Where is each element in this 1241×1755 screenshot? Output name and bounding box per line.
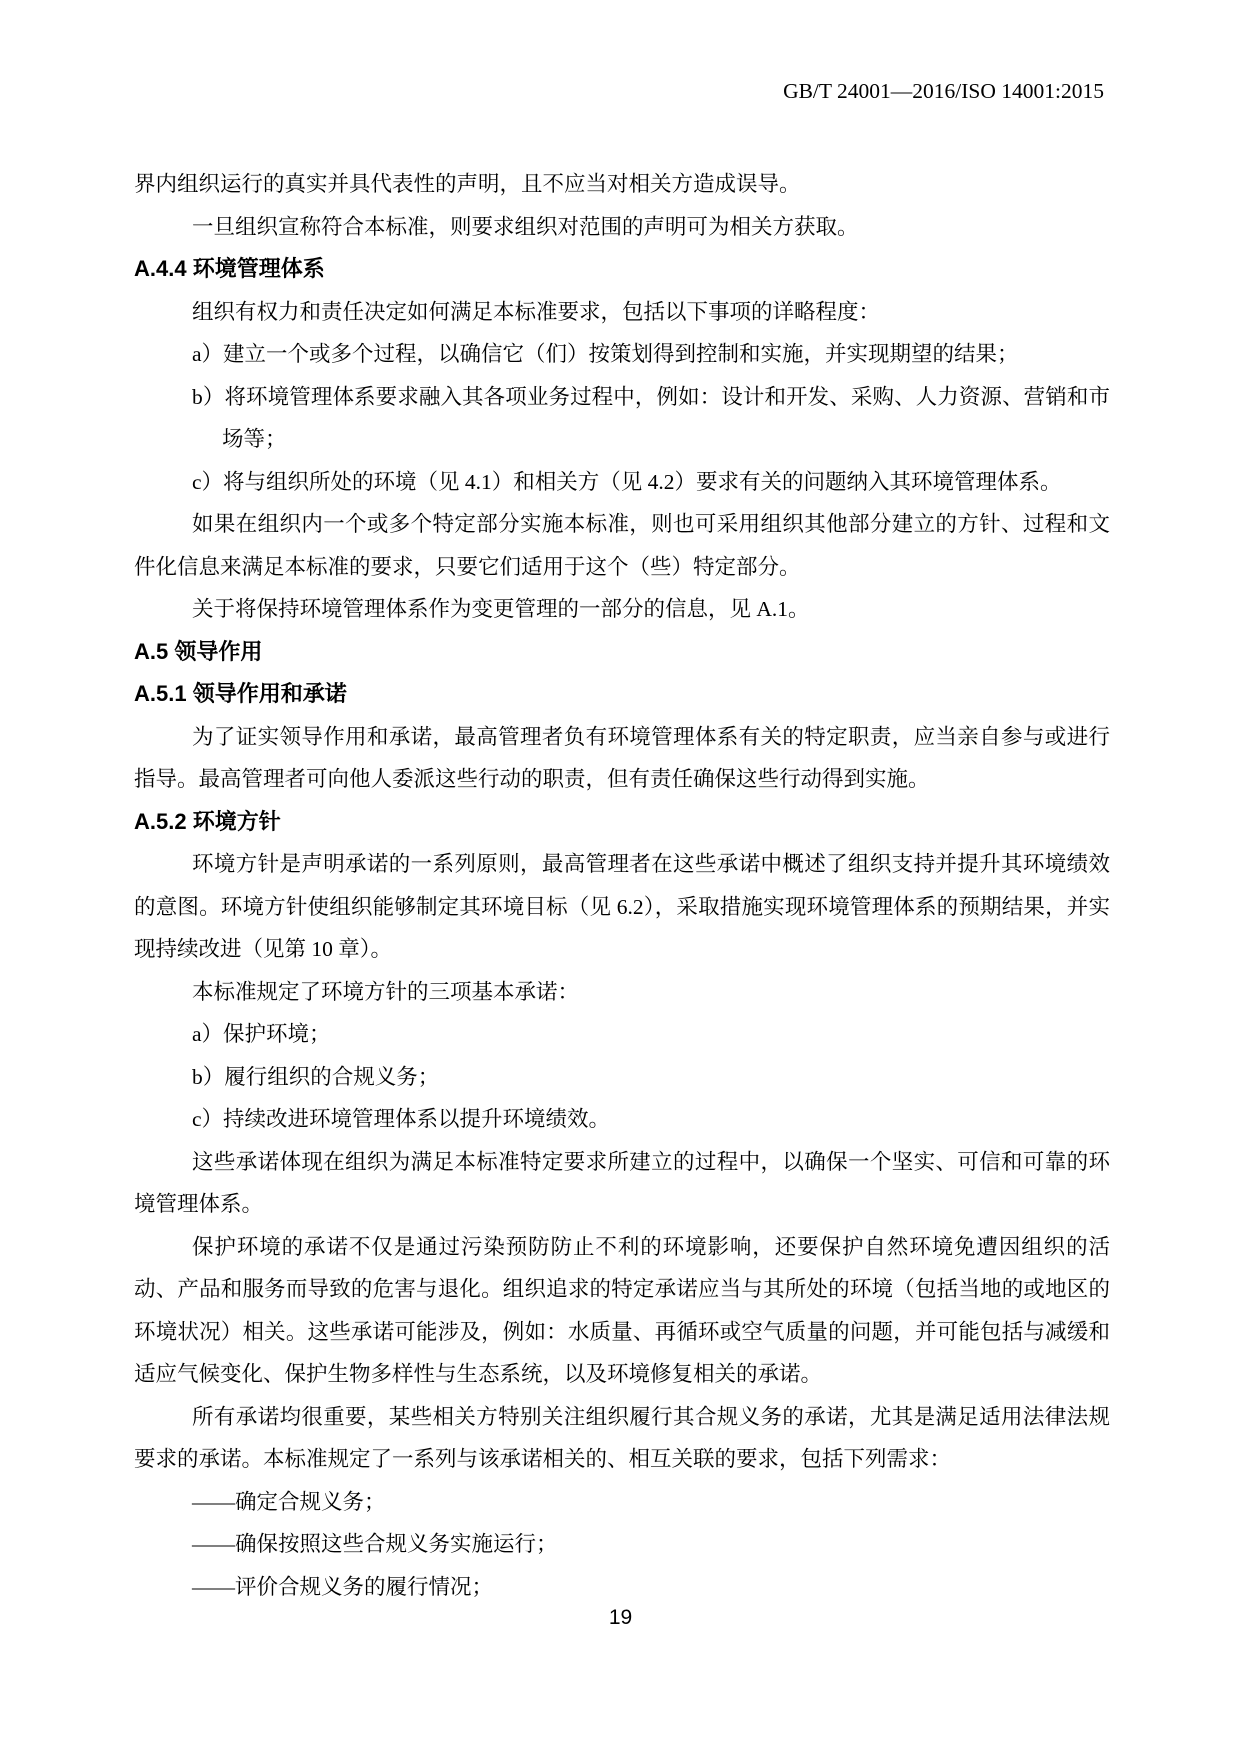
body-paragraph: 为了证实领导作用和承诺，最高管理者负有环境管理体系有关的特定职责，应当亲自参与或… bbox=[134, 716, 1110, 801]
body-paragraph: 保护环境的承诺不仅是通过污染预防防止不利的环境影响，还要保护自然环境免遭因组织的… bbox=[134, 1226, 1110, 1396]
section-heading-a52: A.5.2 环境方针 bbox=[134, 801, 1110, 844]
section-heading-a51: A.5.1 领导作用和承诺 bbox=[134, 673, 1110, 716]
dash-item: ——评价合规义务的履行情况； bbox=[134, 1566, 1110, 1609]
document-page: GB/T 24001—2016/ISO 14001:2015 界内组织运行的真实… bbox=[0, 0, 1241, 1755]
section-heading-a5: A.5 领导作用 bbox=[134, 631, 1110, 674]
body-paragraph: 如果在组织内一个或多个特定部分实施本标准，则也可采用组织其他部分建立的方针、过程… bbox=[134, 503, 1110, 588]
body-paragraph: 关于将保持环境管理体系作为变更管理的一部分的信息，见 A.1。 bbox=[134, 588, 1110, 631]
body-paragraph: 所有承诺均很重要，某些相关方特别关注组织履行其合规义务的承诺，尤其是满足适用法律… bbox=[134, 1396, 1110, 1481]
body-paragraph: 环境方针是声明承诺的一系列原则，最高管理者在这些承诺中概述了组织支持并提升其环境… bbox=[134, 843, 1110, 971]
list-item-a: a）保护环境； bbox=[134, 1013, 1110, 1056]
dash-item: ——确定合规义务； bbox=[134, 1481, 1110, 1524]
list-item-c: c）将与组织所处的环境（见 4.1）和相关方（见 4.2）要求有关的问题纳入其环… bbox=[134, 461, 1110, 504]
section-heading-a44: A.4.4 环境管理体系 bbox=[134, 248, 1110, 291]
list-item-c: c）持续改进环境管理体系以提升环境绩效。 bbox=[134, 1098, 1110, 1141]
page-body: 界内组织运行的真实并具代表性的声明，且不应当对相关方造成误导。 一旦组织宣称符合… bbox=[134, 163, 1110, 1608]
body-paragraph: 一旦组织宣称符合本标准，则要求组织对范围的声明可为相关方获取。 bbox=[134, 206, 1110, 249]
body-continuation-line: 界内组织运行的真实并具代表性的声明，且不应当对相关方造成误导。 bbox=[134, 163, 1110, 206]
body-paragraph: 本标准规定了环境方针的三项基本承诺： bbox=[134, 971, 1110, 1014]
body-paragraph: 组织有权力和责任决定如何满足本标准要求，包括以下事项的详略程度： bbox=[134, 291, 1110, 334]
standard-number-header: GB/T 24001—2016/ISO 14001:2015 bbox=[134, 76, 1104, 106]
dash-item: ——确保按照这些合规义务实施运行； bbox=[134, 1523, 1110, 1566]
list-item-a: a）建立一个或多个过程，以确信它（们）按策划得到控制和实施，并实现期望的结果； bbox=[134, 333, 1110, 376]
body-paragraph: 这些承诺体现在组织为满足本标准特定要求所建立的过程中，以确保一个坚实、可信和可靠… bbox=[134, 1141, 1110, 1226]
list-item-b: b）履行组织的合规义务； bbox=[134, 1056, 1110, 1099]
page-number: 19 bbox=[0, 1603, 1241, 1633]
list-item-b: b）将环境管理体系要求融入其各项业务过程中，例如：设计和开发、采购、人力资源、营… bbox=[134, 376, 1110, 461]
